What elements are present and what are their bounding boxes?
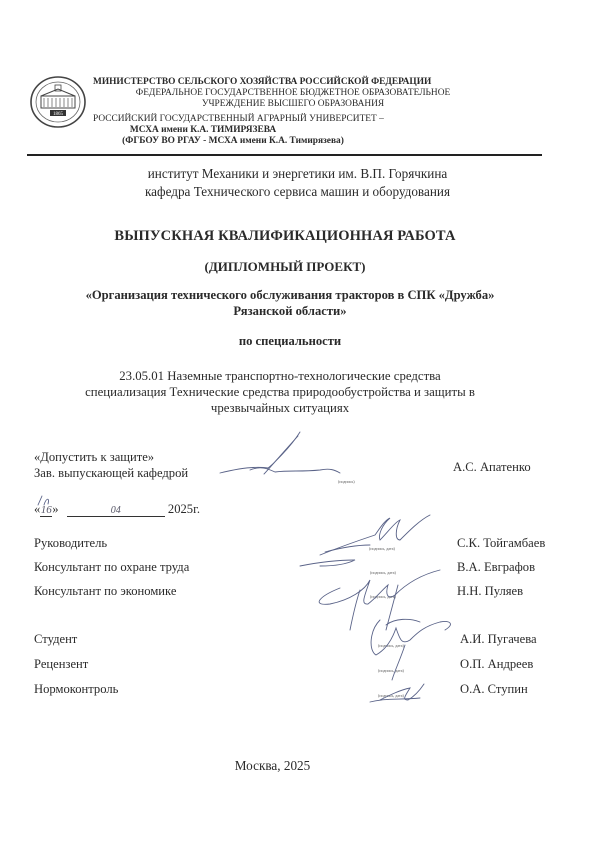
head-of-department-label: Зав. выпускающей кафедрой [34,466,188,481]
signature-caption: (подпись, дата) [378,668,404,673]
signature-caption: (подпись, дата) [378,643,404,648]
specialty-code: 23.05.01 Наземные транспортно-технологич… [0,369,560,385]
date-month: 04 [67,505,165,517]
document-subtitle: (ДИПЛОМНЫЙ ПРОЕКТ) [0,259,570,275]
name-economics-consultant: Н.Н. Пуляев [457,584,523,599]
date-year: 2025г. [168,502,200,516]
role-norm-control: Нормоконтроль [34,682,118,697]
signature-caption: (подпись, дата) [370,594,396,599]
header-federal: ФЕДЕРАЛЬНОЕ ГОСУДАРСТВЕННОЕ БЮДЖЕТНОЕ ОБ… [93,88,493,100]
specialization-cont: чрезвычайных ситуациях [0,401,560,417]
name-student: А.И. Пугачева [460,632,537,647]
role-student: Студент [34,632,77,647]
signature-caption: (подпись) [338,479,355,484]
header-ministry: МИНИСТЕРСТВО СЕЛЬСКОГО ХОЗЯЙСТВА РОССИЙС… [93,77,431,89]
header-institution-type: УЧРЕЖДЕНИЕ ВЫСШЕГО ОБРАЗОВАНИЯ [93,99,493,111]
svg-text:1865: 1865 [53,112,64,117]
by-specialty-label: по специальности [0,333,580,349]
specialization: специализация Технические средства приро… [0,385,560,401]
signature-caption: (подпись, дата) [369,546,395,551]
role-reviewer: Рецензент [34,657,88,672]
date-day: 16 [40,504,52,517]
header-divider [27,154,542,156]
city-year: Москва, 2025 [0,757,545,774]
university-seal-icon: 1865 [28,72,88,132]
thesis-topic-line1: «Организация технического обслуживания т… [0,287,580,303]
head-of-department-name: А.С. Апатенко [453,460,531,475]
signature-caption: (подпись, дата) [370,570,396,575]
name-norm-control: О.А. Ступин [460,682,528,697]
admit-to-defense-label: «Допустить к защите» [34,450,154,465]
department-name: кафедра Технического сервиса машин и обо… [0,183,595,200]
thesis-topic-line2: Рязанской области» [0,303,580,319]
approval-date: «16» 04 2025г. [34,502,200,517]
role-supervisor: Руководитель [34,536,107,551]
institute-name: институт Механики и энергетики им. В.П. … [0,165,595,182]
role-economics-consultant: Консультант по экономике [34,584,176,599]
signature-caption: (подпись, дата) [378,693,404,698]
header-msha: МСХА имени К.А. ТИМИРЯЗЕВА [93,125,313,137]
name-safety-consultant: В.А. Евграфов [457,560,535,575]
header-abbrev: (ФГБОУ ВО РГАУ - МСХА имени К.А. Тимиряз… [93,136,373,148]
name-reviewer: О.П. Андреев [460,657,533,672]
document-title: ВЫПУСКНАЯ КВАЛИФИКАЦИОННАЯ РАБОТА [0,228,570,245]
date-close-quote: » [52,502,58,516]
role-safety-consultant: Консультант по охране труда [34,560,189,575]
header-university: РОССИЙСКИЙ ГОСУДАРСТВЕННЫЙ АГРАРНЫЙ УНИВ… [93,114,384,126]
name-supervisor: С.К. Тойгамбаев [457,536,545,551]
